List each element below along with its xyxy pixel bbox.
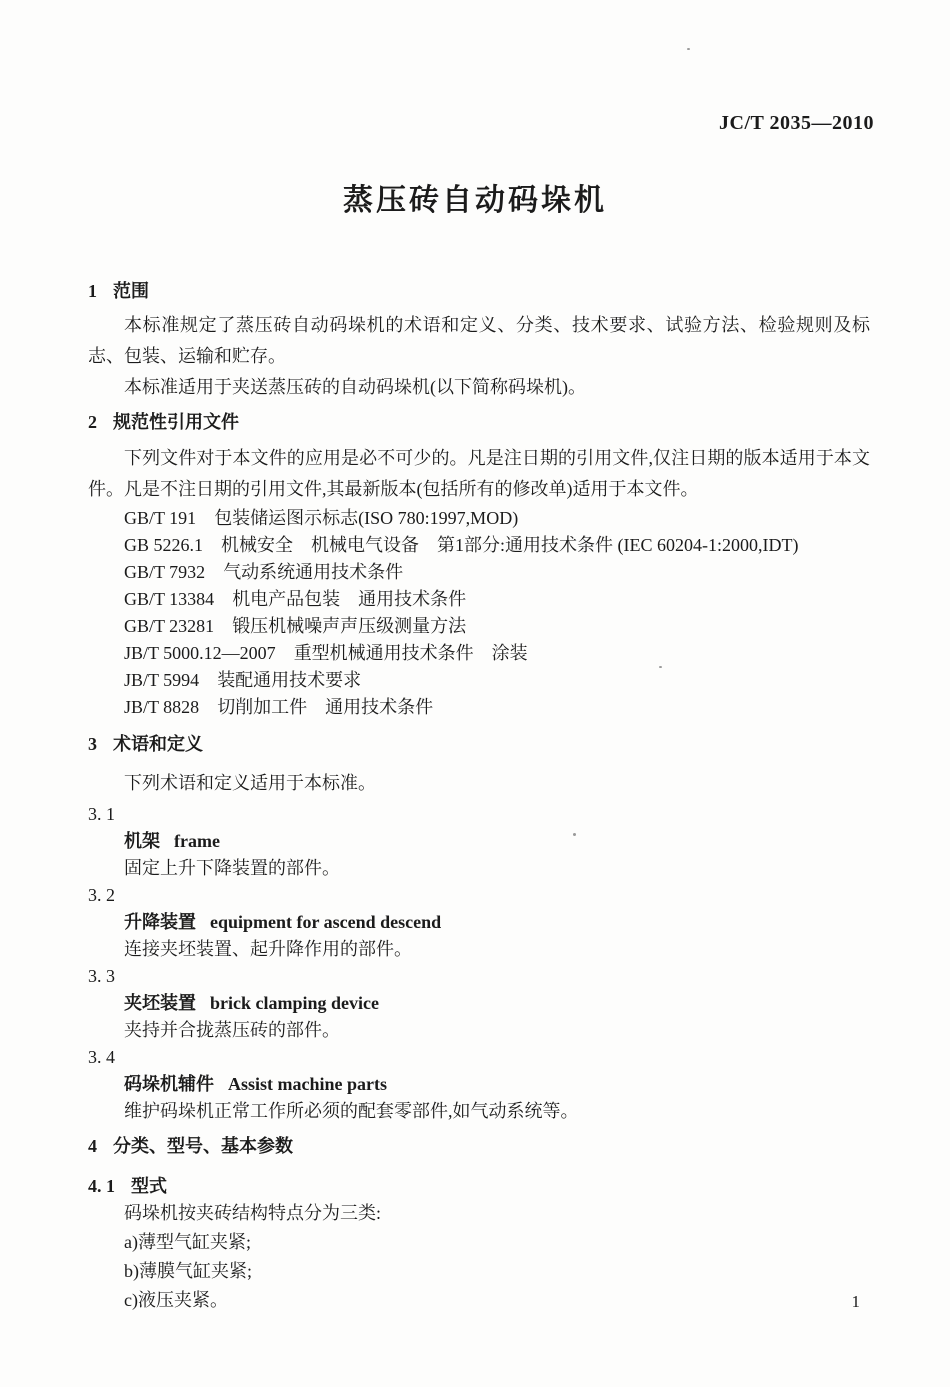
reference-code: GB/T 23281 bbox=[124, 616, 214, 636]
term-definition: 连接夹坯装置、起升降作用的部件。 bbox=[88, 936, 870, 963]
term-name-en: frame bbox=[174, 831, 220, 851]
term-definition: 夹持并合拢蒸压砖的部件。 bbox=[88, 1017, 870, 1044]
reference-item: GB/T 191包装储运图示标志(ISO 780:1997,MOD) bbox=[88, 505, 870, 532]
section-3-title: 术语和定义 bbox=[113, 734, 203, 754]
term-name-en: Assist machine parts bbox=[228, 1074, 387, 1094]
term-block: 3. 1 机架frame 固定上升下降装置的部件。 bbox=[88, 801, 870, 882]
reference-title: 气动系统通用技术条件 bbox=[223, 562, 403, 582]
reference-code: JB/T 5994 bbox=[124, 670, 199, 690]
reference-item: GB/T 13384机电产品包装 通用技术条件 bbox=[88, 586, 870, 613]
classification-item-b: b)薄膜气缸夹紧; bbox=[88, 1257, 870, 1286]
section-4-1-number: 4. 1 bbox=[88, 1176, 115, 1196]
section-1-paragraph-1: 本标准规定了蒸压砖自动码垛机的术语和定义、分类、技术要求、试验方法、检验规则及标… bbox=[88, 310, 870, 372]
term-block: 3. 3 夹坯装置brick clamping device 夹持并合拢蒸压砖的… bbox=[88, 963, 870, 1044]
section-2-paragraph-1: 下列文件对于本文件的应用是必不可少的。凡是注日期的引用文件,仅注日期的版本适用于… bbox=[88, 443, 870, 505]
page-number: 1 bbox=[852, 1292, 861, 1312]
reference-title: 重型机械通用技术条件 涂装 bbox=[294, 643, 528, 663]
section-2-title: 规范性引用文件 bbox=[113, 412, 239, 432]
standard-number: JC/T 2035—2010 bbox=[0, 110, 950, 136]
classification-item-a: a)薄型气缸夹紧; bbox=[88, 1228, 870, 1257]
reference-item: GB 5226.1机械安全 机械电气设备 第1部分:通用技术条件 (IEC 60… bbox=[88, 532, 870, 559]
reference-title: 锻压机械噪声声压级测量方法 bbox=[232, 616, 466, 636]
reference-code: JB/T 5000.12—2007 bbox=[124, 643, 276, 663]
term-definition: 固定上升下降装置的部件。 bbox=[88, 855, 870, 882]
reference-code: JB/T 8828 bbox=[124, 697, 199, 717]
reference-title: 机械安全 机械电气设备 第1部分:通用技术条件 (IEC 60204-1:200… bbox=[221, 535, 798, 555]
term-name: 升降装置equipment for ascend descend bbox=[88, 909, 870, 936]
reference-code: GB/T 191 bbox=[124, 508, 196, 528]
section-2-heading: 2规范性引用文件 bbox=[88, 409, 870, 435]
section-4-number: 4 bbox=[88, 1136, 97, 1156]
term-definition: 维护码垛机正常工作所必须的配套零部件,如气动系统等。 bbox=[88, 1098, 870, 1125]
term-name-zh: 夹坯装置 bbox=[124, 993, 196, 1013]
term-name-zh: 码垛机辅件 bbox=[124, 1074, 214, 1094]
reference-item: JB/T 8828切削加工件 通用技术条件 bbox=[88, 694, 870, 721]
section-4-heading: 4分类、型号、基本参数 bbox=[88, 1133, 870, 1159]
reference-title: 包装储运图示标志(ISO 780:1997,MOD) bbox=[214, 508, 518, 528]
scan-speckle bbox=[659, 666, 662, 668]
section-2-number: 2 bbox=[88, 412, 97, 432]
section-4-1-title: 型式 bbox=[131, 1176, 167, 1196]
reference-item: GB/T 23281锻压机械噪声声压级测量方法 bbox=[88, 613, 870, 640]
normative-references-list: GB/T 191包装储运图示标志(ISO 780:1997,MOD) GB 52… bbox=[88, 505, 870, 721]
term-block: 3. 4 码垛机辅件Assist machine parts 维护码垛机正常工作… bbox=[88, 1044, 870, 1125]
section-1-heading: 1范围 bbox=[88, 278, 870, 304]
document-title: 蒸压砖自动码垛机 bbox=[0, 180, 950, 222]
term-name: 码垛机辅件Assist machine parts bbox=[88, 1071, 870, 1098]
reference-title: 切削加工件 通用技术条件 bbox=[217, 697, 433, 717]
term-number: 3. 4 bbox=[88, 1044, 870, 1071]
term-number: 3. 1 bbox=[88, 801, 870, 828]
reference-title: 装配通用技术要求 bbox=[217, 670, 361, 690]
reference-code: GB 5226.1 bbox=[124, 535, 203, 555]
section-3-intro: 下列术语和定义适用于本标准。 bbox=[88, 769, 870, 797]
reference-code: GB/T 13384 bbox=[124, 589, 214, 609]
section-1-paragraph-2: 本标准适用于夹送蒸压砖的自动码垛机(以下简称码垛机)。 bbox=[88, 372, 870, 403]
classification-item-c: c)液压夹紧。 bbox=[88, 1286, 870, 1315]
term-name-en: brick clamping device bbox=[210, 993, 379, 1013]
term-name: 机架frame bbox=[88, 828, 870, 855]
reference-item: JB/T 5994装配通用技术要求 bbox=[88, 667, 870, 694]
section-1-title: 范围 bbox=[113, 281, 149, 301]
term-name-zh: 升降装置 bbox=[124, 912, 196, 932]
scan-speckle bbox=[573, 833, 576, 836]
document-content: 1范围 本标准规定了蒸压砖自动码垛机的术语和定义、分类、技术要求、试验方法、检验… bbox=[88, 278, 870, 1315]
reference-item: GB/T 7932气动系统通用技术条件 bbox=[88, 559, 870, 586]
reference-code: GB/T 7932 bbox=[124, 562, 205, 582]
section-1-number: 1 bbox=[88, 281, 97, 301]
section-3-heading: 3术语和定义 bbox=[88, 731, 870, 757]
term-name-zh: 机架 bbox=[124, 831, 160, 851]
reference-title: 机电产品包装 通用技术条件 bbox=[232, 589, 466, 609]
term-name: 夹坯装置brick clamping device bbox=[88, 990, 870, 1017]
term-block: 3. 2 升降装置equipment for ascend descend 连接… bbox=[88, 882, 870, 963]
document-page: JC/T 2035—2010 蒸压砖自动码垛机 1范围 本标准规定了蒸压砖自动码… bbox=[0, 0, 950, 1387]
section-4-title: 分类、型号、基本参数 bbox=[113, 1136, 293, 1156]
term-number: 3. 3 bbox=[88, 963, 870, 990]
section-3-number: 3 bbox=[88, 734, 97, 754]
reference-item: JB/T 5000.12—2007重型机械通用技术条件 涂装 bbox=[88, 640, 870, 667]
term-number: 3. 2 bbox=[88, 882, 870, 909]
section-4-1-heading: 4. 1型式 bbox=[88, 1173, 870, 1199]
terms-list: 3. 1 机架frame 固定上升下降装置的部件。 3. 2 升降装置equip… bbox=[88, 801, 870, 1125]
term-name-en: equipment for ascend descend bbox=[210, 912, 441, 932]
section-4-1-intro: 码垛机按夹砖结构特点分为三类: bbox=[88, 1199, 870, 1228]
scan-speckle bbox=[687, 48, 690, 50]
